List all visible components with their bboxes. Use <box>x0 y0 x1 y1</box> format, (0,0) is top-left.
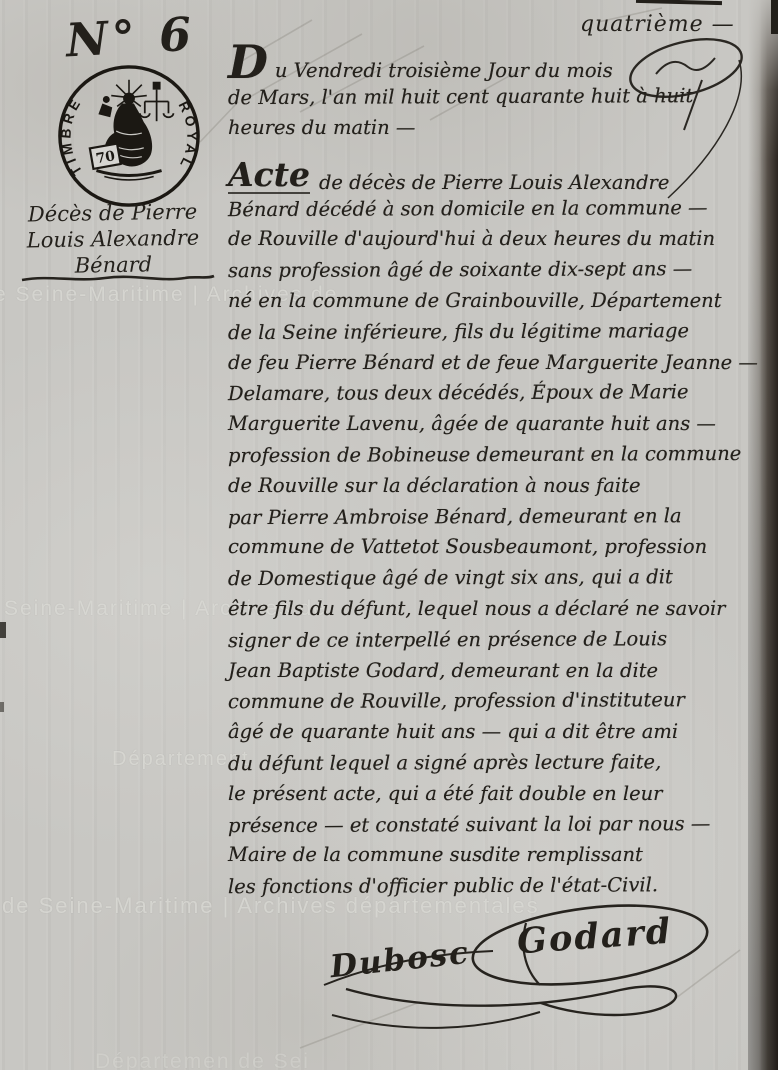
line-text: de décès de Pierre Louis Alexandre <box>319 171 670 194</box>
handwritten-line: le présent acte, qui a été fait double e… <box>228 779 758 810</box>
handwritten-line: né en la commune de Grainbouville, Dépar… <box>228 286 758 317</box>
scales-of-justice <box>140 82 174 121</box>
handwritten-line: du défunt lequel a signé après lecture f… <box>228 747 758 780</box>
handwritten-line: de feu Pierre Bénard et de feue Margueri… <box>228 348 758 379</box>
act-number: N° 6 <box>65 7 197 68</box>
handwritten-line: âgé de quarante huit ans — qui a dit êtr… <box>228 717 758 748</box>
handwritten-line: Jean Baptiste Godard, demeurant en la di… <box>228 656 758 687</box>
drop-cap: D <box>228 42 268 82</box>
handwritten-line: sans profession âgé de soixante dix-sept… <box>228 254 758 287</box>
handwritten-line: Acte de décès de Pierre Louis Alexandre <box>228 154 758 194</box>
handwritten-line: être fils du défunt, lequel nous a décla… <box>228 594 758 625</box>
svg-text:ROYAL: ROYAL <box>176 99 201 174</box>
seated-justice-figure: 70 <box>90 80 174 180</box>
handwritten-line: par Pierre Ambroise Bénard, demeurant en… <box>228 500 758 533</box>
handwritten-line: profession de Bobineuse demeurant en la … <box>228 439 758 472</box>
scanned-death-record-page: e Seine-Maritime | Archives de Seine-Mar… <box>0 0 778 1070</box>
handwritten-line: de la Seine inférieure, fils du légitime… <box>228 316 758 349</box>
act-body-text: D u Vendredi troisième Jour du mois de M… <box>228 36 758 902</box>
svg-text:70: 70 <box>95 148 117 167</box>
handwritten-line: Marguerite Lavenu, âgée de quarante huit… <box>228 409 758 440</box>
handwritten-line: signer de ce interpellé en présence de L… <box>228 624 758 657</box>
handwritten-line: Maire de la commune susdite remplissant <box>228 840 758 871</box>
scan-edge-mark <box>771 0 778 34</box>
stamp-text-royal: ROYAL <box>176 99 201 174</box>
margin-note-underline <box>20 271 216 285</box>
act-paragraph: Acte de décès de Pierre Louis Alexandre … <box>228 154 758 902</box>
svg-text:TIMBRE: TIMBRE <box>57 93 85 178</box>
drop-cap: Acte <box>228 158 310 194</box>
page-binding-edge <box>748 0 778 1070</box>
stamp-denomination: 70 <box>90 144 121 169</box>
page-order-note: quatrième — <box>580 12 735 37</box>
timbre-royal-stamp: TIMBRE ROYAL <box>55 62 203 210</box>
archive-watermark: Départemen de Sei <box>95 1050 310 1070</box>
handwritten-line: D u Vendredi troisième Jour du mois <box>228 36 758 82</box>
scan-edge-mark <box>636 0 722 5</box>
handwritten-line: heures du matin — <box>228 113 758 144</box>
margin-note-line: Louis Alexandre <box>6 224 220 254</box>
handwritten-line: de Domestique âgé de vingt six ans, qui … <box>228 562 758 595</box>
stamp-text-timbre: TIMBRE <box>57 93 85 178</box>
margin-note: Décès de Pierre Louis Alexandre Bénard <box>5 198 220 280</box>
handwritten-line: commune de Rouville, profession d'instit… <box>228 685 758 718</box>
handwritten-line: commune de Vattetot Sousbeaumont, profes… <box>228 532 758 563</box>
margin-note-line: Décès de Pierre <box>5 198 219 228</box>
signature-dubosc: Dubosc <box>329 935 472 985</box>
scan-edge-mark <box>0 702 4 712</box>
line-text: u Vendredi troisième Jour du mois <box>275 59 613 82</box>
handwritten-line: de Rouville d'aujourd'hui à deux heures … <box>228 224 758 255</box>
handwritten-line: Delamare, tous deux décédés, Époux de Ma… <box>228 377 758 410</box>
handwritten-line: de Rouville sur la déclaration à nous fa… <box>228 471 758 502</box>
handwritten-line: Bénard décédé à son domicile en la commu… <box>228 192 758 225</box>
handwritten-line: les fonctions d'officier public de l'éta… <box>228 870 758 903</box>
date-preamble: D u Vendredi troisième Jour du mois de M… <box>228 36 758 144</box>
handwritten-line: présence — et constaté suivant la loi pa… <box>228 808 758 841</box>
scan-edge-mark <box>0 622 6 638</box>
handwritten-line: de Mars, l'an mil huit cent quarante hui… <box>228 81 758 114</box>
